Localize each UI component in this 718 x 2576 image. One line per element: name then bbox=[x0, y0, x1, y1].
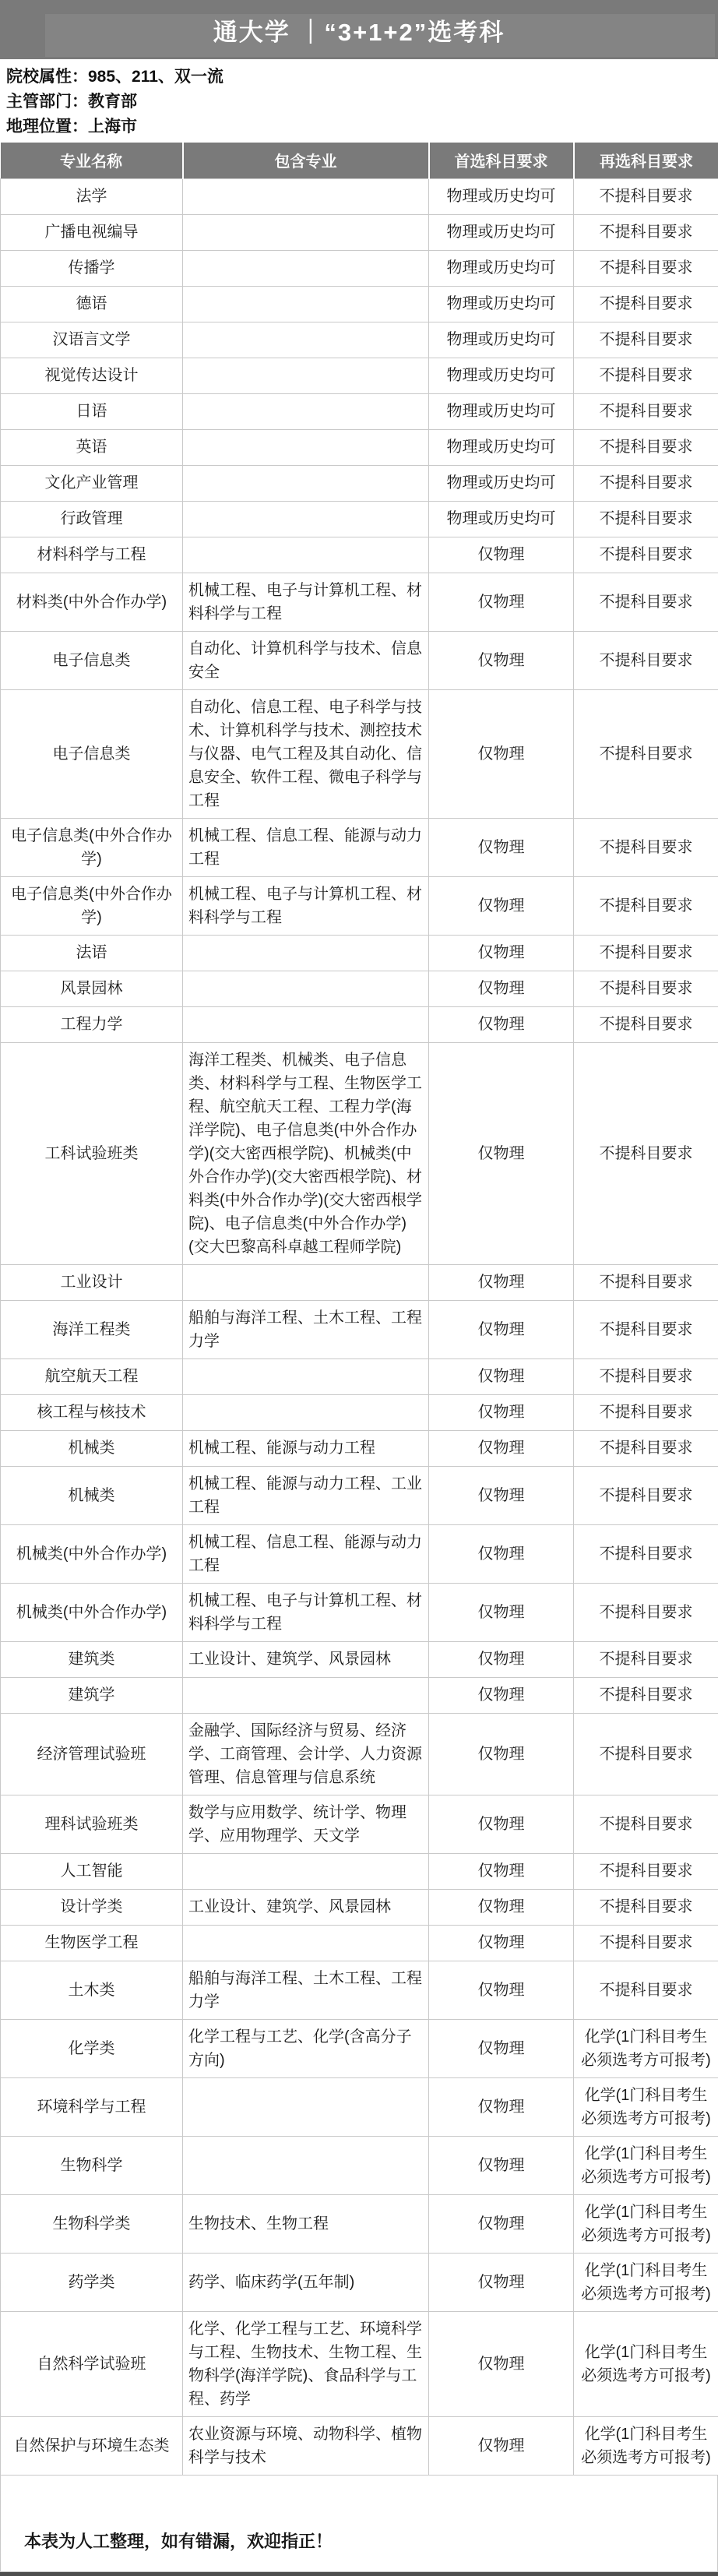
first-subject-cell: 物理或历史均可 bbox=[429, 250, 574, 286]
table-row: 生物科学类生物技术、生物工程仅物理化学(1门科目考生必须选考方可报考) bbox=[1, 2194, 718, 2253]
includes-cell: 化学、化学工程与工艺、环境科学与工程、生物技术、生物工程、生物科学(海洋学院)、… bbox=[183, 2311, 429, 2416]
includes-cell bbox=[183, 286, 429, 322]
includes-cell bbox=[183, 1853, 429, 1889]
includes-cell: 药学、临床药学(五年制) bbox=[183, 2253, 429, 2311]
table-row: 电子信息类(中外合作办学)机械工程、电子与计算机工程、材料科学与工程仅物理不提科… bbox=[1, 876, 718, 935]
includes-cell: 金融学、国际经济与贸易、经济学、工商管理、会计学、人力资源管理、信息管理与信息系… bbox=[183, 1713, 429, 1795]
includes-cell bbox=[183, 1006, 429, 1042]
major-cell: 法语 bbox=[1, 935, 183, 971]
major-cell: 土木类 bbox=[1, 1961, 183, 2019]
table-row: 自然科学试验班化学、化学工程与工艺、环境科学与工程、生物技术、生物工程、生物科学… bbox=[1, 2311, 718, 2416]
includes-cell: 自动化、信息工程、电子科学与技术、计算机科学与技术、测控技术与仪器、电气工程及其… bbox=[183, 689, 429, 818]
second-subject-cell: 不提科目要求 bbox=[574, 1713, 718, 1795]
includes-cell bbox=[183, 250, 429, 286]
includes-cell bbox=[183, 1394, 429, 1430]
table-row: 自然保护与环境生态类农业资源与环境、动物科学、植物科学与技术仅物理化学(1门科目… bbox=[1, 2416, 718, 2475]
first-subject-cell: 仅物理 bbox=[429, 2136, 574, 2194]
footer-note-box: 本表为人工整理，如有错漏，欢迎指正！ bbox=[0, 2476, 718, 2572]
table-row: 生物科学仅物理化学(1门科目考生必须选考方可报考) bbox=[1, 2136, 718, 2194]
includes-cell: 海洋工程类、机械类、电子信息类、材料科学与工程、生物医学工程、航空航天工程、工程… bbox=[183, 1042, 429, 1264]
major-cell: 法学 bbox=[1, 178, 183, 214]
table-row: 材料科学与工程仅物理不提科目要求 bbox=[1, 537, 718, 573]
first-subject-cell: 物理或历史均可 bbox=[429, 286, 574, 322]
second-subject-cell: 不提科目要求 bbox=[574, 286, 718, 322]
major-cell: 机械类 bbox=[1, 1466, 183, 1524]
second-subject-cell: 不提科目要求 bbox=[574, 935, 718, 971]
major-cell: 建筑学 bbox=[1, 1677, 183, 1713]
table-row: 人工智能仅物理不提科目要求 bbox=[1, 1853, 718, 1889]
major-cell: 工业设计 bbox=[1, 1264, 183, 1300]
major-cell: 材料科学与工程 bbox=[1, 537, 183, 573]
table-row: 法语仅物理不提科目要求 bbox=[1, 935, 718, 971]
first-subject-cell: 仅物理 bbox=[429, 2019, 574, 2077]
major-cell: 广播电视编导 bbox=[1, 214, 183, 250]
major-cell: 自然保护与环境生态类 bbox=[1, 2416, 183, 2475]
info-line-attributes: 院校属性：985、211、双一流 bbox=[6, 66, 712, 87]
major-cell: 汉语言文学 bbox=[1, 322, 183, 358]
second-subject-cell: 不提科目要求 bbox=[574, 214, 718, 250]
second-subject-cell: 不提科目要求 bbox=[574, 876, 718, 935]
includes-cell bbox=[183, 1677, 429, 1713]
major-cell: 文化产业管理 bbox=[1, 465, 183, 501]
major-cell: 环境科学与工程 bbox=[1, 2077, 183, 2136]
second-subject-cell: 不提科目要求 bbox=[574, 501, 718, 537]
first-subject-cell: 仅物理 bbox=[429, 1300, 574, 1358]
title-banner: 通大学 ｜“3+1+2”选考科 bbox=[0, 0, 718, 59]
second-subject-cell: 不提科目要求 bbox=[574, 1853, 718, 1889]
table-row: 日语物理或历史均可不提科目要求 bbox=[1, 393, 718, 429]
first-subject-cell: 物理或历史均可 bbox=[429, 358, 574, 393]
second-subject-cell: 不提科目要求 bbox=[574, 1961, 718, 2019]
includes-cell bbox=[183, 971, 429, 1006]
first-subject-cell: 仅物理 bbox=[429, 971, 574, 1006]
table-row: 法学物理或历史均可不提科目要求 bbox=[1, 178, 718, 214]
second-subject-cell: 不提科目要求 bbox=[574, 1583, 718, 1641]
second-subject-cell: 不提科目要求 bbox=[574, 1300, 718, 1358]
includes-cell: 农业资源与环境、动物科学、植物科学与技术 bbox=[183, 2416, 429, 2475]
major-cell: 电子信息类 bbox=[1, 689, 183, 818]
first-subject-cell: 仅物理 bbox=[429, 1524, 574, 1583]
first-subject-cell: 仅物理 bbox=[429, 1961, 574, 2019]
table-row: 风景园林仅物理不提科目要求 bbox=[1, 971, 718, 1006]
major-cell: 建筑类 bbox=[1, 1641, 183, 1677]
header-second-subject: 再选科目要求 bbox=[574, 143, 718, 178]
second-subject-cell: 不提科目要求 bbox=[574, 1524, 718, 1583]
first-subject-cell: 仅物理 bbox=[429, 689, 574, 818]
second-subject-cell: 不提科目要求 bbox=[574, 1641, 718, 1677]
second-subject-cell: 不提科目要求 bbox=[574, 1466, 718, 1524]
first-subject-cell: 仅物理 bbox=[429, 1394, 574, 1430]
page: 通大学 ｜“3+1+2”选考科 院校属性：985、211、双一流 主管部门：教育… bbox=[0, 0, 718, 2576]
first-subject-cell: 仅物理 bbox=[429, 1889, 574, 1925]
header-first-subject: 首选科目要求 bbox=[429, 143, 574, 178]
major-cell: 行政管理 bbox=[1, 501, 183, 537]
first-subject-cell: 仅物理 bbox=[429, 2077, 574, 2136]
table-row: 海洋工程类船舶与海洋工程、土木工程、工程力学仅物理不提科目要求 bbox=[1, 1300, 718, 1358]
major-cell: 核工程与核技术 bbox=[1, 1394, 183, 1430]
table-row: 环境科学与工程仅物理化学(1门科目考生必须选考方可报考) bbox=[1, 2077, 718, 2136]
subject-requirements-table: 专业名称 包含专业 首选科目要求 再选科目要求 法学物理或历史均可不提科目要求广… bbox=[0, 143, 718, 2476]
table-row: 设计学类工业设计、建筑学、风景园林仅物理不提科目要求 bbox=[1, 1889, 718, 1925]
table-row: 传播学物理或历史均可不提科目要求 bbox=[1, 250, 718, 286]
second-subject-cell: 不提科目要求 bbox=[574, 631, 718, 689]
header-row: 专业名称 包含专业 首选科目要求 再选科目要求 bbox=[1, 143, 718, 178]
includes-cell: 机械工程、电子与计算机工程、材料科学与工程 bbox=[183, 573, 429, 631]
first-subject-cell: 仅物理 bbox=[429, 1853, 574, 1889]
major-cell: 材料类(中外合作办学) bbox=[1, 573, 183, 631]
major-cell: 工科试验班类 bbox=[1, 1042, 183, 1264]
second-subject-cell: 化学(1门科目考生必须选考方可报考) bbox=[574, 2077, 718, 2136]
includes-cell bbox=[183, 1925, 429, 1961]
table-row: 电子信息类自动化、信息工程、电子科学与技术、计算机科学与技术、测控技术与仪器、电… bbox=[1, 689, 718, 818]
table-body: 法学物理或历史均可不提科目要求广播电视编导物理或历史均可不提科目要求传播学物理或… bbox=[1, 178, 718, 2475]
first-subject-cell: 仅物理 bbox=[429, 2194, 574, 2253]
table-row: 工程力学仅物理不提科目要求 bbox=[1, 1006, 718, 1042]
includes-cell bbox=[183, 429, 429, 465]
first-subject-cell: 物理或历史均可 bbox=[429, 214, 574, 250]
first-subject-cell: 仅物理 bbox=[429, 573, 574, 631]
table-row: 广播电视编导物理或历史均可不提科目要求 bbox=[1, 214, 718, 250]
major-cell: 理科试验班类 bbox=[1, 1795, 183, 1853]
first-subject-cell: 物理或历史均可 bbox=[429, 322, 574, 358]
major-cell: 电子信息类 bbox=[1, 631, 183, 689]
second-subject-cell: 不提科目要求 bbox=[574, 393, 718, 429]
includes-cell bbox=[183, 465, 429, 501]
includes-cell: 机械工程、电子与计算机工程、材料科学与工程 bbox=[183, 1583, 429, 1641]
second-subject-cell: 不提科目要求 bbox=[574, 1042, 718, 1264]
includes-cell bbox=[183, 214, 429, 250]
major-cell: 日语 bbox=[1, 393, 183, 429]
table-row: 行政管理物理或历史均可不提科目要求 bbox=[1, 501, 718, 537]
second-subject-cell: 不提科目要求 bbox=[574, 1430, 718, 1466]
includes-cell bbox=[183, 1264, 429, 1300]
footer-note: 本表为人工整理，如有错漏，欢迎指正！ bbox=[24, 2528, 333, 2553]
includes-cell: 机械工程、能源与动力工程 bbox=[183, 1430, 429, 1466]
includes-cell bbox=[183, 1358, 429, 1394]
major-cell: 视觉传达设计 bbox=[1, 358, 183, 393]
table-row: 化学类化学工程与工艺、化学(含高分子方向)仅物理化学(1门科目考生必须选考方可报… bbox=[1, 2019, 718, 2077]
table-row: 机械类(中外合作办学)机械工程、电子与计算机工程、材料科学与工程仅物理不提科目要… bbox=[1, 1583, 718, 1641]
first-subject-cell: 物理或历史均可 bbox=[429, 465, 574, 501]
info-line-location: 地理位置：上海市 bbox=[6, 116, 712, 137]
table-row: 核工程与核技术仅物理不提科目要求 bbox=[1, 1394, 718, 1430]
table-row: 理科试验班类数学与应用数学、统计学、物理学、应用物理学、天文学仅物理不提科目要求 bbox=[1, 1795, 718, 1853]
second-subject-cell: 化学(1门科目考生必须选考方可报考) bbox=[574, 2311, 718, 2416]
first-subject-cell: 仅物理 bbox=[429, 537, 574, 573]
table-row: 汉语言文学物理或历史均可不提科目要求 bbox=[1, 322, 718, 358]
table-row: 机械类机械工程、能源与动力工程、工业工程仅物理不提科目要求 bbox=[1, 1466, 718, 1524]
second-subject-cell: 不提科目要求 bbox=[574, 689, 718, 818]
includes-cell: 机械工程、电子与计算机工程、材料科学与工程 bbox=[183, 876, 429, 935]
header-major-name: 专业名称 bbox=[1, 143, 183, 178]
first-subject-cell: 仅物理 bbox=[429, 1466, 574, 1524]
includes-cell: 机械工程、能源与动力工程、工业工程 bbox=[183, 1466, 429, 1524]
second-subject-cell: 不提科目要求 bbox=[574, 429, 718, 465]
includes-cell bbox=[183, 322, 429, 358]
major-cell: 生物科学 bbox=[1, 2136, 183, 2194]
major-cell: 传播学 bbox=[1, 250, 183, 286]
first-subject-cell: 仅物理 bbox=[429, 1795, 574, 1853]
first-subject-cell: 仅物理 bbox=[429, 1713, 574, 1795]
table-row: 电子信息类(中外合作办学)机械工程、信息工程、能源与动力工程仅物理不提科目要求 bbox=[1, 818, 718, 876]
second-subject-cell: 不提科目要求 bbox=[574, 818, 718, 876]
includes-cell bbox=[183, 2136, 429, 2194]
first-subject-cell: 仅物理 bbox=[429, 2253, 574, 2311]
includes-cell bbox=[183, 537, 429, 573]
first-subject-cell: 物理或历史均可 bbox=[429, 429, 574, 465]
second-subject-cell: 不提科目要求 bbox=[574, 573, 718, 631]
second-subject-cell: 化学(1门科目考生必须选考方可报考) bbox=[574, 2136, 718, 2194]
includes-cell: 工业设计、建筑学、风景园林 bbox=[183, 1641, 429, 1677]
second-subject-cell: 不提科目要求 bbox=[574, 465, 718, 501]
first-subject-cell: 仅物理 bbox=[429, 2311, 574, 2416]
major-cell: 化学类 bbox=[1, 2019, 183, 2077]
first-subject-cell: 物理或历史均可 bbox=[429, 501, 574, 537]
first-subject-cell: 物理或历史均可 bbox=[429, 393, 574, 429]
includes-cell bbox=[183, 178, 429, 214]
major-cell: 电子信息类(中外合作办学) bbox=[1, 818, 183, 876]
includes-cell bbox=[183, 2077, 429, 2136]
major-cell: 机械类(中外合作办学) bbox=[1, 1583, 183, 1641]
table-row: 英语物理或历史均可不提科目要求 bbox=[1, 429, 718, 465]
second-subject-cell: 不提科目要求 bbox=[574, 250, 718, 286]
table-row: 药学类药学、临床药学(五年制)仅物理化学(1门科目考生必须选考方可报考) bbox=[1, 2253, 718, 2311]
first-subject-cell: 仅物理 bbox=[429, 1006, 574, 1042]
second-subject-cell: 不提科目要求 bbox=[574, 1925, 718, 1961]
second-subject-cell: 不提科目要求 bbox=[574, 358, 718, 393]
first-subject-cell: 仅物理 bbox=[429, 1358, 574, 1394]
table-row: 德语物理或历史均可不提科目要求 bbox=[1, 286, 718, 322]
first-subject-cell: 仅物理 bbox=[429, 876, 574, 935]
table-row: 文化产业管理物理或历史均可不提科目要求 bbox=[1, 465, 718, 501]
includes-cell: 机械工程、信息工程、能源与动力工程 bbox=[183, 1524, 429, 1583]
first-subject-cell: 仅物理 bbox=[429, 1042, 574, 1264]
includes-cell: 船舶与海洋工程、土木工程、工程力学 bbox=[183, 1300, 429, 1358]
major-cell: 生物医学工程 bbox=[1, 1925, 183, 1961]
major-cell: 人工智能 bbox=[1, 1853, 183, 1889]
includes-cell bbox=[183, 393, 429, 429]
header-included-majors: 包含专业 bbox=[183, 143, 429, 178]
first-subject-cell: 仅物理 bbox=[429, 2416, 574, 2475]
includes-cell: 机械工程、信息工程、能源与动力工程 bbox=[183, 818, 429, 876]
major-cell: 自然科学试验班 bbox=[1, 2311, 183, 2416]
major-cell: 生物科学类 bbox=[1, 2194, 183, 2253]
first-subject-cell: 仅物理 bbox=[429, 1677, 574, 1713]
second-subject-cell: 不提科目要求 bbox=[574, 1889, 718, 1925]
first-subject-cell: 仅物理 bbox=[429, 1430, 574, 1466]
second-subject-cell: 不提科目要求 bbox=[574, 1394, 718, 1430]
first-subject-cell: 仅物理 bbox=[429, 1264, 574, 1300]
major-cell: 经济管理试验班 bbox=[1, 1713, 183, 1795]
table-row: 土木类船舶与海洋工程、土木工程、工程力学仅物理不提科目要求 bbox=[1, 1961, 718, 2019]
second-subject-cell: 不提科目要求 bbox=[574, 1795, 718, 1853]
includes-cell: 化学工程与工艺、化学(含高分子方向) bbox=[183, 2019, 429, 2077]
second-subject-cell: 不提科目要求 bbox=[574, 322, 718, 358]
second-subject-cell: 化学(1门科目考生必须选考方可报考) bbox=[574, 2253, 718, 2311]
table-row: 工业设计仅物理不提科目要求 bbox=[1, 1264, 718, 1300]
first-subject-cell: 仅物理 bbox=[429, 1925, 574, 1961]
bottom-bar bbox=[0, 2572, 718, 2576]
table-row: 建筑学仅物理不提科目要求 bbox=[1, 1677, 718, 1713]
second-subject-cell: 不提科目要求 bbox=[574, 1006, 718, 1042]
first-subject-cell: 仅物理 bbox=[429, 631, 574, 689]
table-row: 航空航天工程仅物理不提科目要求 bbox=[1, 1358, 718, 1394]
first-subject-cell: 仅物理 bbox=[429, 935, 574, 971]
major-cell: 德语 bbox=[1, 286, 183, 322]
second-subject-cell: 不提科目要求 bbox=[574, 1358, 718, 1394]
second-subject-cell: 化学(1门科目考生必须选考方可报考) bbox=[574, 2416, 718, 2475]
major-cell: 英语 bbox=[1, 429, 183, 465]
major-cell: 工程力学 bbox=[1, 1006, 183, 1042]
table-row: 机械类机械工程、能源与动力工程仅物理不提科目要求 bbox=[1, 1430, 718, 1466]
info-line-department: 主管部门：教育部 bbox=[6, 91, 712, 112]
page-title: 通大学 ｜“3+1+2”选考科 bbox=[213, 12, 505, 48]
table-row: 工科试验班类海洋工程类、机械类、电子信息类、材料科学与工程、生物医学工程、航空航… bbox=[1, 1042, 718, 1264]
table-row: 机械类(中外合作办学)机械工程、信息工程、能源与动力工程仅物理不提科目要求 bbox=[1, 1524, 718, 1583]
includes-cell bbox=[183, 501, 429, 537]
second-subject-cell: 不提科目要求 bbox=[574, 178, 718, 214]
major-cell: 航空航天工程 bbox=[1, 1358, 183, 1394]
second-subject-cell: 不提科目要求 bbox=[574, 1677, 718, 1713]
includes-cell: 工业设计、建筑学、风景园林 bbox=[183, 1889, 429, 1925]
second-subject-cell: 不提科目要求 bbox=[574, 1264, 718, 1300]
table-header: 专业名称 包含专业 首选科目要求 再选科目要求 bbox=[1, 143, 718, 178]
includes-cell bbox=[183, 935, 429, 971]
first-subject-cell: 仅物理 bbox=[429, 1641, 574, 1677]
major-cell: 设计学类 bbox=[1, 1889, 183, 1925]
table-row: 视觉传达设计物理或历史均可不提科目要求 bbox=[1, 358, 718, 393]
second-subject-cell: 不提科目要求 bbox=[574, 971, 718, 1006]
first-subject-cell: 仅物理 bbox=[429, 818, 574, 876]
major-cell: 药学类 bbox=[1, 2253, 183, 2311]
includes-cell: 自动化、计算机科学与技术、信息安全 bbox=[183, 631, 429, 689]
major-cell: 海洋工程类 bbox=[1, 1300, 183, 1358]
includes-cell bbox=[183, 358, 429, 393]
includes-cell: 数学与应用数学、统计学、物理学、应用物理学、天文学 bbox=[183, 1795, 429, 1853]
major-cell: 风景园林 bbox=[1, 971, 183, 1006]
first-subject-cell: 仅物理 bbox=[429, 1583, 574, 1641]
school-info: 院校属性：985、211、双一流 主管部门：教育部 地理位置：上海市 bbox=[0, 59, 718, 143]
second-subject-cell: 化学(1门科目考生必须选考方可报考) bbox=[574, 2194, 718, 2253]
first-subject-cell: 物理或历史均可 bbox=[429, 178, 574, 214]
table-row: 经济管理试验班金融学、国际经济与贸易、经济学、工商管理、会计学、人力资源管理、信… bbox=[1, 1713, 718, 1795]
table-row: 电子信息类自动化、计算机科学与技术、信息安全仅物理不提科目要求 bbox=[1, 631, 718, 689]
major-cell: 机械类 bbox=[1, 1430, 183, 1466]
second-subject-cell: 化学(1门科目考生必须选考方可报考) bbox=[574, 2019, 718, 2077]
major-cell: 机械类(中外合作办学) bbox=[1, 1524, 183, 1583]
includes-cell: 生物技术、生物工程 bbox=[183, 2194, 429, 2253]
second-subject-cell: 不提科目要求 bbox=[574, 537, 718, 573]
includes-cell: 船舶与海洋工程、土木工程、工程力学 bbox=[183, 1961, 429, 2019]
table-row: 生物医学工程仅物理不提科目要求 bbox=[1, 1925, 718, 1961]
table-row: 材料类(中外合作办学)机械工程、电子与计算机工程、材料科学与工程仅物理不提科目要… bbox=[1, 573, 718, 631]
table-row: 建筑类工业设计、建筑学、风景园林仅物理不提科目要求 bbox=[1, 1641, 718, 1677]
major-cell: 电子信息类(中外合作办学) bbox=[1, 876, 183, 935]
